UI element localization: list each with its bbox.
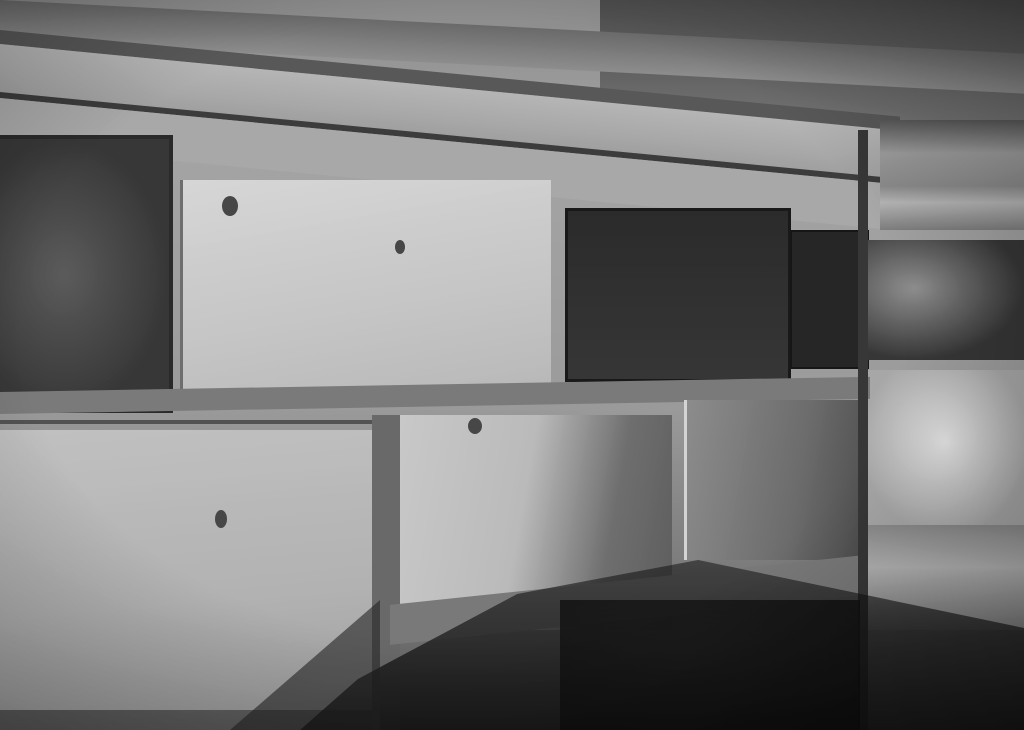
photo-vignette bbox=[0, 0, 1024, 730]
wall-photograph bbox=[0, 0, 1024, 730]
